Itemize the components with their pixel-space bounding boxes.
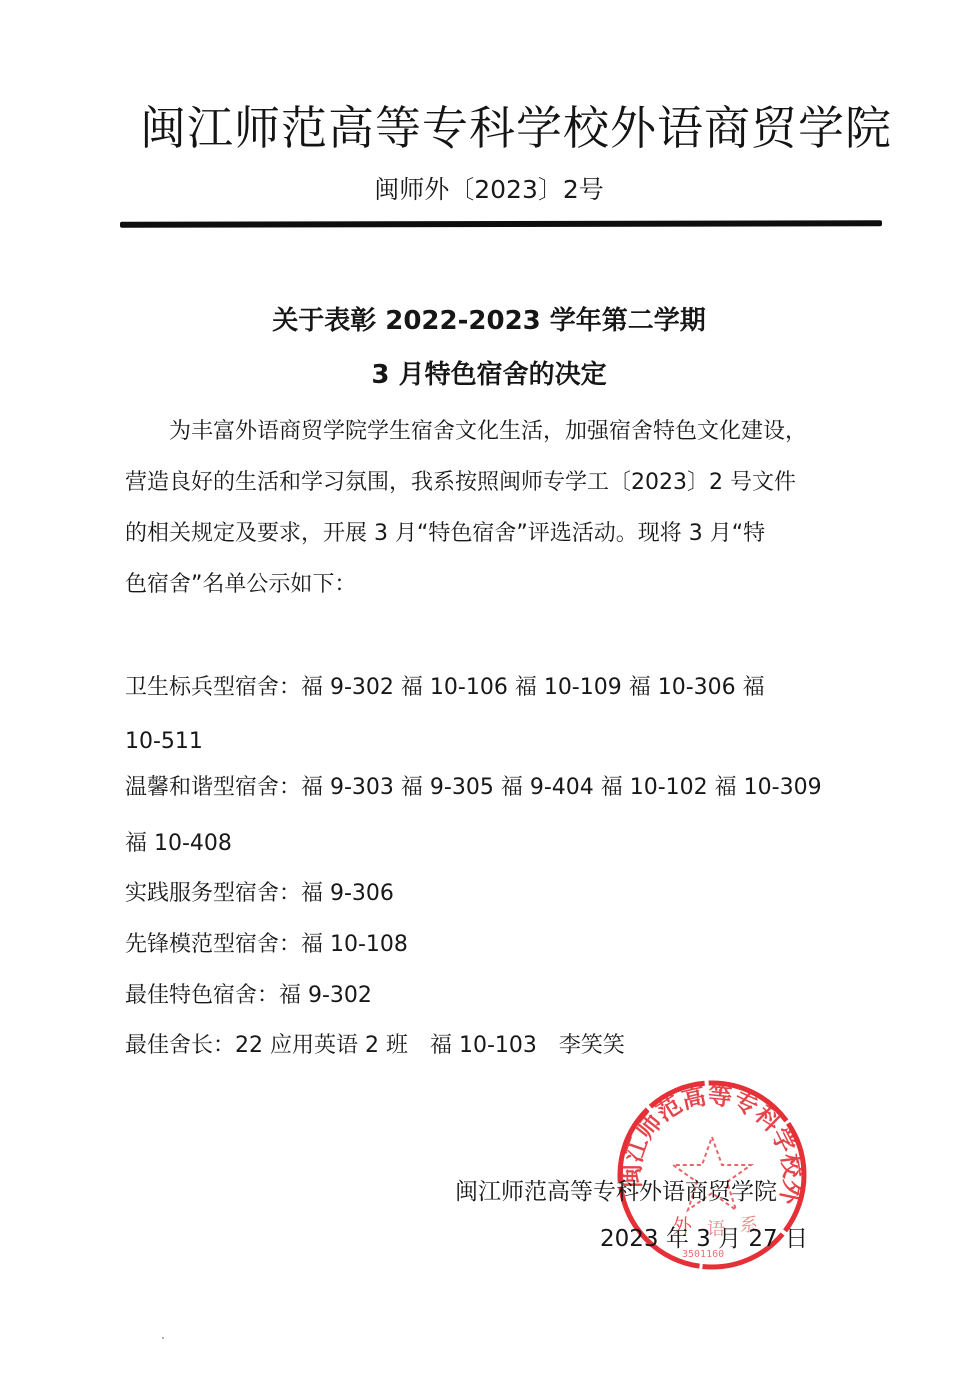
award-warm-line-1: 温馨和谐型宿舍：福 9-303 福 9-305 福 9-404 福 10-102…	[125, 772, 822, 804]
award-pioneer-line: 先锋模范型宿舍：福 10-108	[125, 929, 408, 961]
award-hygiene-line-2: 10-511	[125, 726, 203, 758]
scan-speck	[162, 1337, 164, 1339]
decision-title-line-2: 3 月特色宿舍的决定	[0, 355, 978, 395]
org-title: 闽江师范高等专科学校外语商贸学院	[140, 100, 840, 156]
paragraph-line: 色宿舍”名单公示如下：	[125, 569, 356, 601]
award-hygiene-line-1: 卫生标兵型宿舍：福 9-302 福 10-106 福 10-109 福 10-3…	[125, 672, 765, 704]
decision-title-line-1: 关于表彰 2022-2023 学年第二学期	[0, 301, 978, 341]
award-service-line: 实践服务型宿舍：福 9-306	[125, 878, 394, 910]
signature-date: 2023 年 3 月 27 日	[600, 1222, 808, 1256]
award-warm-line-2: 福 10-408	[125, 828, 232, 860]
paragraph-line: 营造良好的生活和学习氛围，我系按照闽师专学工〔2023〕2 号文件	[125, 467, 796, 499]
paragraph-line: 为丰富外语商贸学院学生宿舍文化生活，加强宿舍特色文化建设，	[125, 416, 807, 448]
award-best-leader-line: 最佳舍长：22 应用英语 2 班 福 10-103 李笑笑	[125, 1030, 625, 1062]
signature-organization: 闽江师范高等专科外语商贸学院	[455, 1175, 777, 1209]
award-best-dorm-line: 最佳特色宿舍：福 9-302	[125, 980, 372, 1012]
header-divider	[120, 220, 882, 228]
paragraph-line: 的相关规定及要求，开展 3 月“特色宿舍”评选活动。现将 3 月“特	[125, 518, 765, 550]
doc-number: 闽师外〔2023〕2号	[0, 172, 978, 208]
